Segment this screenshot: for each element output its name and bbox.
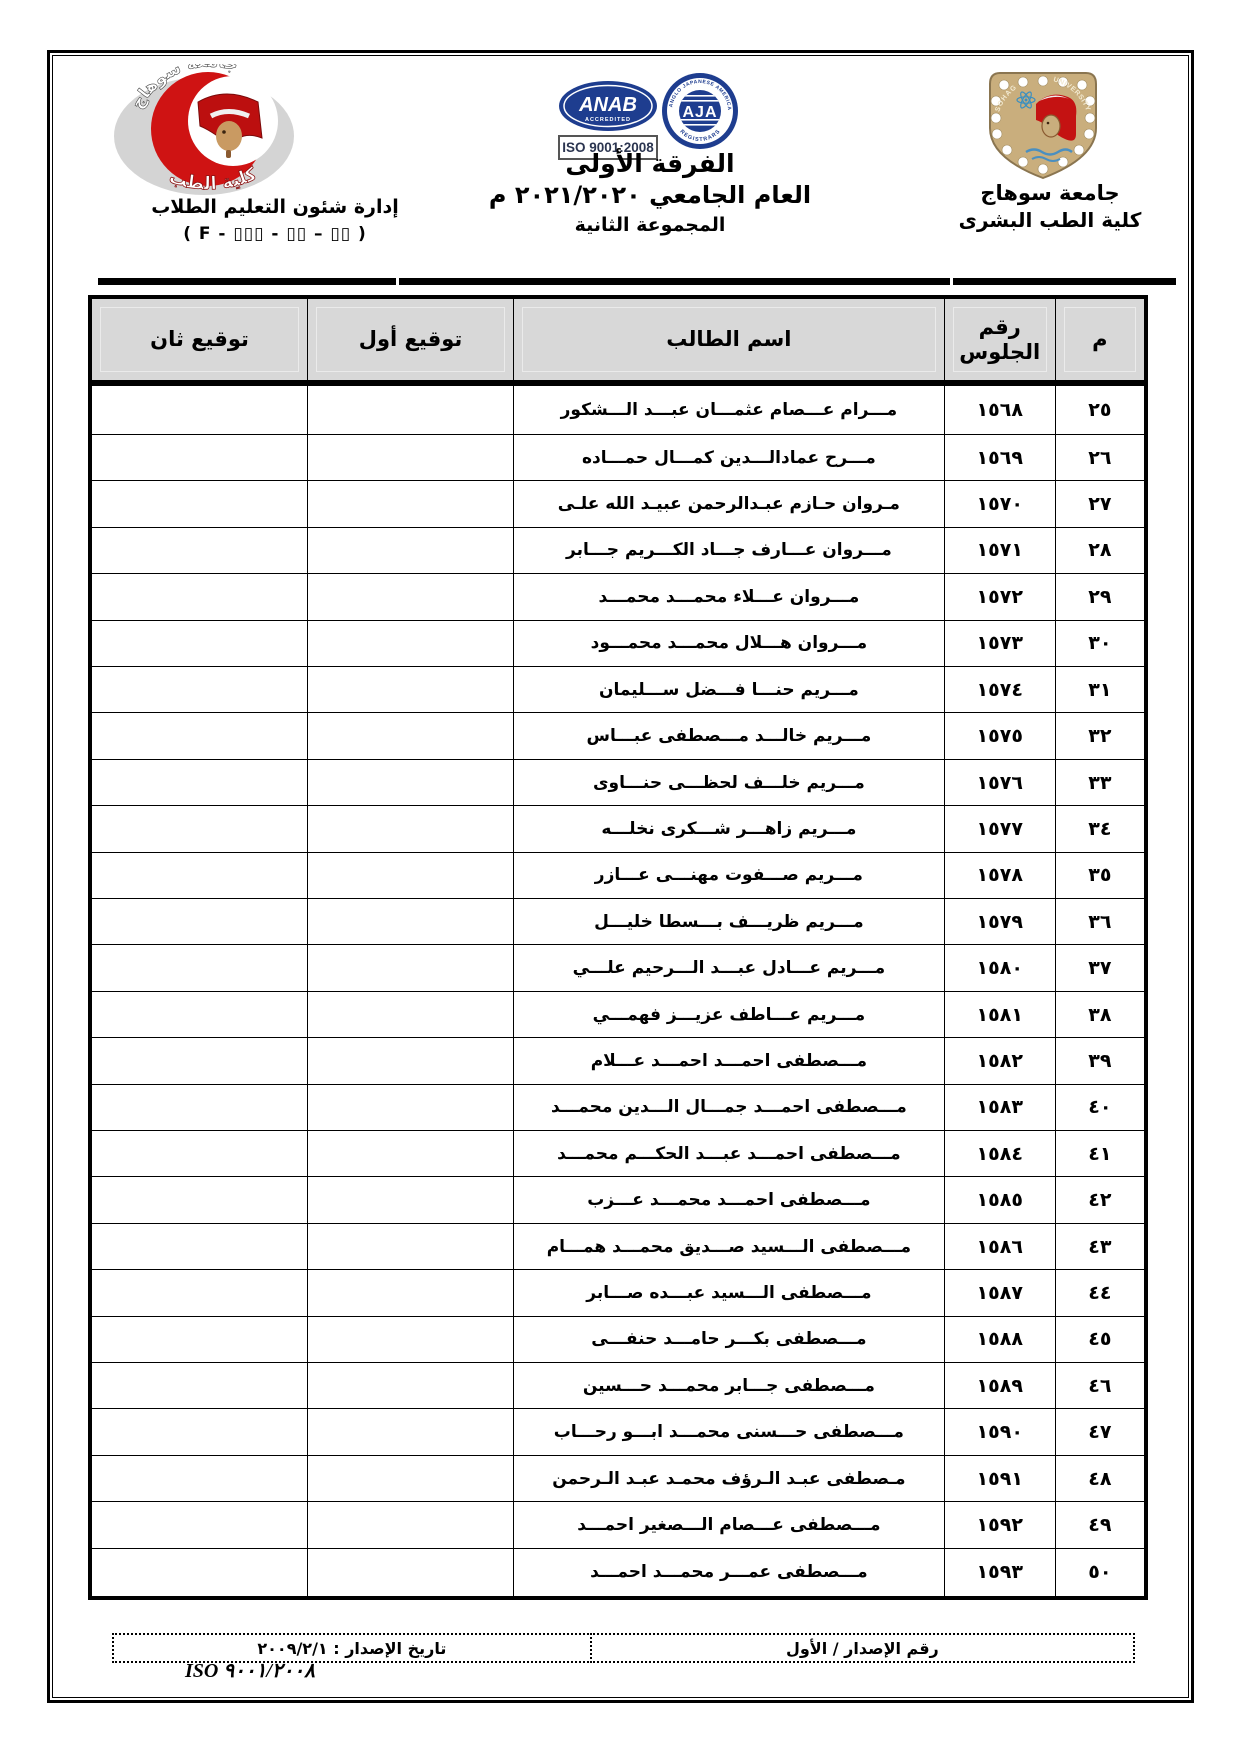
second-signature-cell — [90, 1084, 308, 1130]
student-name-cell: مـــصطفى جـــابر محمـــد حـــسين — [513, 1363, 944, 1409]
serial-cell: ٤٢ — [1055, 1177, 1146, 1223]
student-name-cell: مـــريم صـــفوت مهنـــى عـــازر — [513, 852, 944, 898]
second-signature-cell — [90, 945, 308, 991]
table-row: ٤٤ ١٥٨٧ مـــصطفى الـــسيد عبـــده صـــاب… — [90, 1270, 1146, 1316]
seat-number-cell: ١٥٨٩ — [944, 1363, 1055, 1409]
table-row: ٤٥ ١٥٨٨ مـــصطفى بكـــر حامـــد حنفـــى — [90, 1316, 1146, 1362]
second-signature-cell — [90, 1177, 308, 1223]
table-row: ٣٩ ١٥٨٢ مـــصطفى احمـــد احمـــد عـــلام — [90, 1038, 1146, 1084]
second-signature-cell — [90, 1455, 308, 1501]
first-signature-cell — [308, 1502, 514, 1548]
second-signature-cell — [90, 1038, 308, 1084]
second-signature-cell — [90, 1316, 308, 1362]
serial-cell: ٣٧ — [1055, 945, 1146, 991]
serial-cell: ٤٠ — [1055, 1084, 1146, 1130]
seat-number-cell: ١٥٩٠ — [944, 1409, 1055, 1455]
table-row: ٤٢ ١٥٨٥ مـــصطفى احمـــد محمـــد عـــزب — [90, 1177, 1146, 1223]
second-signature-cell — [90, 1409, 308, 1455]
aja-center-label: AJA — [682, 104, 717, 121]
second-signature-cell — [90, 1363, 308, 1409]
first-signature-cell — [308, 1455, 514, 1501]
department-name: إدارة شئون التعليم الطلاب — [90, 196, 460, 218]
first-signature-cell — [308, 1363, 514, 1409]
table-row: ٣٢ ١٥٧٥ مـــريم خالـــد مـــصطفى عبـــاس — [90, 713, 1146, 759]
first-signature-cell — [308, 945, 514, 991]
seat-number-cell: ١٥٧٤ — [944, 666, 1055, 712]
first-signature-cell — [308, 713, 514, 759]
student-name-cell: مـروان حـازم عبـدالرحمن عبيـد الله علـى — [513, 481, 944, 527]
serial-cell: ٣٣ — [1055, 759, 1146, 805]
serial-cell: ٣٦ — [1055, 899, 1146, 945]
student-name-cell: مـــصطفى احمـــد احمـــد عـــلام — [513, 1038, 944, 1084]
table-row: ٣٣ ١٥٧٦ مـــريم خلـــف لحظـــى حنـــاوى — [90, 759, 1146, 805]
seat-number-cell: ١٥٨٨ — [944, 1316, 1055, 1362]
seat-number-cell: ١٥٧٣ — [944, 620, 1055, 666]
table-body: ٢٥ ١٥٦٨ مـــرام عـــصام عثمـــان عبـــد … — [90, 383, 1146, 1598]
second-signature-cell — [90, 806, 308, 852]
seat-number-cell: ١٥٨١ — [944, 991, 1055, 1037]
serial-cell: ٤٦ — [1055, 1363, 1146, 1409]
second-signature-cell — [90, 666, 308, 712]
table-row: ٤٧ ١٥٩٠ مـــصطفى حـــسنى محمـــد ابـــو … — [90, 1409, 1146, 1455]
table-row: ٢٧ ١٥٧٠ مـروان حـازم عبـدالرحمن عبيـد ال… — [90, 481, 1146, 527]
table-row: ٤٣ ١٥٨٦ مـــصطفى الـــسيد صـــديق محمـــ… — [90, 1223, 1146, 1269]
faculty-name: كلية الطب البشرى — [930, 208, 1170, 232]
table-row: ٢٩ ١٥٧٢ مـــروان عـــلاء محمـــد محمـــد — [90, 574, 1146, 620]
first-signature-cell — [308, 1316, 514, 1362]
table-row: ٢٨ ١٥٧١ مـــروان عـــارف جـــاد الكـــري… — [90, 527, 1146, 573]
student-name-cell: مـــريم حنـــا فـــضل ســـليمان — [513, 666, 944, 712]
second-signature-cell — [90, 434, 308, 480]
second-signature-cell — [90, 852, 308, 898]
seat-number-cell: ١٥٨٠ — [944, 945, 1055, 991]
first-signature-cell — [308, 481, 514, 527]
table-header-row: م رقم الجلوس اسم الطالب توقيع أول توقيع … — [90, 297, 1146, 383]
table-row: ٤٩ ١٥٩٢ مـــصطفى عـــصام الـــصغير احمــ… — [90, 1502, 1146, 1548]
serial-cell: ٢٩ — [1055, 574, 1146, 620]
student-name-cell: مـــريم خالـــد مـــصطفى عبـــاس — [513, 713, 944, 759]
serial-cell: ٢٨ — [1055, 527, 1146, 573]
second-signature-cell — [90, 1548, 308, 1598]
first-signature-cell — [308, 852, 514, 898]
col-header-student-name: اسم الطالب — [513, 297, 944, 383]
student-name-cell: مـــروان عـــلاء محمـــد محمـــد — [513, 574, 944, 620]
serial-cell: ٢٧ — [1055, 481, 1146, 527]
faculty-crescent-logo-icon: جامعة سوهاج كلية الطب — [108, 64, 313, 199]
student-name-cell: مـــرح عمادالـــدين كمـــال حمـــاده — [513, 434, 944, 480]
second-signature-cell — [90, 1270, 308, 1316]
student-name-cell: مـــصطفى احمـــد محمـــد عـــزب — [513, 1177, 944, 1223]
first-signature-cell — [308, 1270, 514, 1316]
table-row: ٣٨ ١٥٨١ مـــريم عـــاطف عزيـــز فهمـــي — [90, 991, 1146, 1037]
second-signature-cell — [90, 991, 308, 1037]
second-signature-cell — [90, 899, 308, 945]
first-signature-cell — [308, 1548, 514, 1598]
anab-accredited-label: ACCREDITED — [585, 117, 631, 123]
iso-certification-line: ISO ٩٠٠١/٢٠٠٨ — [185, 1658, 315, 1683]
serial-cell: ٣١ — [1055, 666, 1146, 712]
student-name-cell: مـــصطفى احمـــد جمـــال الـــدين محمـــ… — [513, 1084, 944, 1130]
table-row: ٣١ ١٥٧٤ مـــريم حنـــا فـــضل ســـليمان — [90, 666, 1146, 712]
seat-number-cell: ١٥٧٧ — [944, 806, 1055, 852]
form-code: ( F - ▯▯▯ - ▯▯ – ▯▯ ) — [90, 224, 460, 244]
header-divider-rule — [98, 278, 1176, 285]
serial-cell: ٢٦ — [1055, 434, 1146, 480]
student-name-cell: مـــريم عـــادل عبـــد الـــرحيم علـــي — [513, 945, 944, 991]
second-signature-cell — [90, 481, 308, 527]
table-row: ٢٥ ١٥٦٨ مـــرام عـــصام عثمـــان عبـــد … — [90, 383, 1146, 434]
grade-title: الفرقة الأولى — [420, 148, 880, 179]
first-signature-cell — [308, 383, 514, 434]
seat-number-cell: ١٥٦٩ — [944, 434, 1055, 480]
first-signature-cell — [308, 434, 514, 480]
serial-cell: ٣٤ — [1055, 806, 1146, 852]
issue-number-box: رقم الإصدار / الأول — [590, 1633, 1135, 1663]
student-name-cell: مـــصطفى بكـــر حامـــد حنفـــى — [513, 1316, 944, 1362]
group-title: المجموعة الثانية — [420, 212, 880, 239]
first-signature-cell — [308, 806, 514, 852]
serial-cell: ٥٠ — [1055, 1548, 1146, 1598]
serial-cell: ٤٣ — [1055, 1223, 1146, 1269]
first-signature-cell — [308, 759, 514, 805]
table-row: ٣٤ ١٥٧٧ مـــريم زاهـــر شـــكرى نخلـــه — [90, 806, 1146, 852]
first-signature-cell — [308, 899, 514, 945]
seat-number-cell: ١٥٨٣ — [944, 1084, 1055, 1130]
seat-number-cell: ١٥٧٢ — [944, 574, 1055, 620]
seat-number-cell: ١٥٩٢ — [944, 1502, 1055, 1548]
university-name-block: جامعة سوهاج كلية الطب البشرى — [930, 181, 1170, 232]
table-row: ٣٥ ١٥٧٨ مـــريم صـــفوت مهنـــى عـــازر — [90, 852, 1146, 898]
serial-cell: ٣٨ — [1055, 991, 1146, 1037]
first-signature-cell — [308, 1038, 514, 1084]
serial-cell: ٣٢ — [1055, 713, 1146, 759]
seat-number-cell: ١٥٨٥ — [944, 1177, 1055, 1223]
serial-cell: ٤٩ — [1055, 1502, 1146, 1548]
table-row: ٤٨ ١٥٩١ مـصطفى عبـد الـرؤف محمـد عبـد ال… — [90, 1455, 1146, 1501]
student-name-cell: مـــصطفى عـــصام الـــصغير احمـــد — [513, 1502, 944, 1548]
serial-cell: ٤٧ — [1055, 1409, 1146, 1455]
col-header-first-signature: توقيع أول — [308, 297, 514, 383]
student-name-cell: مـــريم عـــاطف عزيـــز فهمـــي — [513, 991, 944, 1037]
table-row: ٤١ ١٥٨٤ مـــصطفى احمـــد عبـــد الحكـــم… — [90, 1131, 1146, 1177]
student-name-cell: مـــصطفى احمـــد عبـــد الحكـــم محمـــد — [513, 1131, 944, 1177]
student-name-cell: مـــصطفى الـــسيد صـــديق محمـــد همـــا… — [513, 1223, 944, 1269]
serial-cell: ٣٠ — [1055, 620, 1146, 666]
serial-cell: ٤٨ — [1055, 1455, 1146, 1501]
student-name-cell: مـــروان عـــارف جـــاد الكـــريم جـــاب… — [513, 527, 944, 573]
student-name-cell: مـــريم زاهـــر شـــكرى نخلـــه — [513, 806, 944, 852]
seat-number-cell: ١٥٧٩ — [944, 899, 1055, 945]
student-name-cell: مـصطفى عبـد الـرؤف محمـد عبـد الـرحمن — [513, 1455, 944, 1501]
second-signature-cell — [90, 1223, 308, 1269]
university-shield-logo-icon: SOHAG UNIVERSITY — [982, 70, 1104, 182]
seat-number-cell: ١٥٦٨ — [944, 383, 1055, 434]
second-signature-cell — [90, 620, 308, 666]
department-block: إدارة شئون التعليم الطلاب ( F - ▯▯▯ - ▯▯… — [90, 196, 460, 244]
first-signature-cell — [308, 1409, 514, 1455]
serial-cell: ٣٩ — [1055, 1038, 1146, 1084]
serial-cell: ٤٤ — [1055, 1270, 1146, 1316]
first-signature-cell — [308, 1084, 514, 1130]
serial-cell: ٢٥ — [1055, 383, 1146, 434]
student-name-cell: مـــروان هـــلال محمـــد محمـــود — [513, 620, 944, 666]
first-signature-cell — [308, 991, 514, 1037]
second-signature-cell — [90, 527, 308, 573]
seat-number-cell: ١٥٧٠ — [944, 481, 1055, 527]
aja-registrars-logo-icon: AJA ANGLO JAPANESE AMERICAN REGISTRARS — [660, 70, 740, 152]
seat-number-cell: ١٥٩٣ — [944, 1548, 1055, 1598]
second-signature-cell — [90, 574, 308, 620]
academic-year-title: العام الجامعي ٢٠٢١/٢٠٢٠ م — [420, 179, 880, 211]
student-name-cell: مـــريم خلـــف لحظـــى حنـــاوى — [513, 759, 944, 805]
student-name-cell: مـــريم ظريـــف بـــسطا خليـــل — [513, 899, 944, 945]
seat-number-cell: ١٥٧٥ — [944, 713, 1055, 759]
table-row: ٥٠ ١٥٩٣ مـــصطفى عمـــر محمـــد احمـــد — [90, 1548, 1146, 1598]
student-name-cell: مـــصطفى حـــسنى محمـــد ابـــو رحـــاب — [513, 1409, 944, 1455]
university-name: جامعة سوهاج — [930, 181, 1170, 205]
first-signature-cell — [308, 1177, 514, 1223]
col-header-serial: م — [1055, 297, 1146, 383]
second-signature-cell — [90, 759, 308, 805]
student-roster-table: م رقم الجلوس اسم الطالب توقيع أول توقيع … — [88, 295, 1148, 1600]
table-row: ٣٠ ١٥٧٣ مـــروان هـــلال محمـــد محمـــو… — [90, 620, 1146, 666]
student-name-cell: مـــصطفى عمـــر محمـــد احمـــد — [513, 1548, 944, 1598]
col-header-seat-number: رقم الجلوس — [944, 297, 1055, 383]
first-signature-cell — [308, 527, 514, 573]
table-row: ٤٦ ١٥٨٩ مـــصطفى جـــابر محمـــد حـــسين — [90, 1363, 1146, 1409]
seat-number-cell: ١٥٧١ — [944, 527, 1055, 573]
serial-cell: ٤١ — [1055, 1131, 1146, 1177]
seat-number-cell: ١٥٨٢ — [944, 1038, 1055, 1084]
first-signature-cell — [308, 1223, 514, 1269]
seat-number-cell: ١٥٧٦ — [944, 759, 1055, 805]
document-title-block: الفرقة الأولى العام الجامعي ٢٠٢١/٢٠٢٠ م … — [420, 148, 880, 238]
first-signature-cell — [308, 574, 514, 620]
seat-number-cell: ١٥٧٨ — [944, 852, 1055, 898]
second-signature-cell — [90, 1502, 308, 1548]
seat-number-cell: ١٥٩١ — [944, 1455, 1055, 1501]
first-signature-cell — [308, 620, 514, 666]
anab-label: ANAB — [578, 94, 637, 116]
issue-date-box: تاريخ الإصدار : ٢٠٠٩/٢/١ — [112, 1633, 592, 1663]
seat-number-cell: ١٥٨٦ — [944, 1223, 1055, 1269]
second-signature-cell — [90, 713, 308, 759]
serial-cell: ٤٥ — [1055, 1316, 1146, 1362]
table-row: ٣٧ ١٥٨٠ مـــريم عـــادل عبـــد الـــرحيم… — [90, 945, 1146, 991]
first-signature-cell — [308, 666, 514, 712]
second-signature-cell — [90, 1131, 308, 1177]
seat-number-cell: ١٥٨٤ — [944, 1131, 1055, 1177]
student-name-cell: مـــرام عـــصام عثمـــان عبـــد الـــشكو… — [513, 383, 944, 434]
student-name-cell: مـــصطفى الـــسيد عبـــده صـــابر — [513, 1270, 944, 1316]
serial-cell: ٣٥ — [1055, 852, 1146, 898]
second-signature-cell — [90, 383, 308, 434]
table-row: ٣٦ ١٥٧٩ مـــريم ظريـــف بـــسطا خليـــل — [90, 899, 1146, 945]
table-row: ٤٠ ١٥٨٣ مـــصطفى احمـــد جمـــال الـــدي… — [90, 1084, 1146, 1130]
col-header-second-signature: توقيع ثان — [90, 297, 308, 383]
table-row: ٢٦ ١٥٦٩ مـــرح عمادالـــدين كمـــال حمــ… — [90, 434, 1146, 480]
first-signature-cell — [308, 1131, 514, 1177]
seat-number-cell: ١٥٨٧ — [944, 1270, 1055, 1316]
